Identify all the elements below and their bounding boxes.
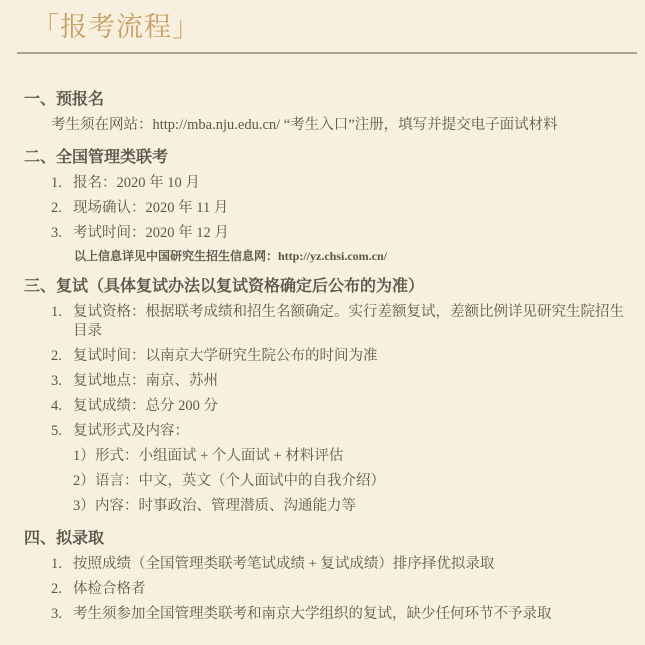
- section-number: 四、: [24, 528, 56, 550]
- item-text: 复试地点：南京、苏州: [73, 372, 218, 391]
- item-text: 考试时间：2020 年 12 月: [73, 224, 229, 243]
- item-text: 形式：小组面试 + 个人面试 + 材料评估: [95, 447, 343, 466]
- section-2: 二、全国管理类联考1.报名：2020 年 10 月2.现场确认：2020 年 1…: [24, 147, 637, 264]
- section-items: 考生须在网站：http://mba.nju.edu.cn/ “考生入口”注册，填…: [51, 116, 637, 135]
- section-heading: 三、复试（具体复试办法以复试资格确定后公布的为准）: [24, 276, 637, 298]
- section-title: 复试（具体复试办法以复试资格确定后公布的为准）: [56, 276, 424, 298]
- page-title: 「报考流程」: [32, 11, 645, 44]
- item-text: 考生须在网站：http://mba.nju.edu.cn/ “考生入口”注册，填…: [51, 116, 558, 135]
- section-number: 二、: [24, 147, 56, 169]
- item-text: 体检合格者: [73, 580, 146, 599]
- item-marker: 2.: [51, 580, 73, 599]
- section-heading: 四、拟录取: [24, 528, 637, 550]
- list-item: 1）形式：小组面试 + 个人面试 + 材料评估: [73, 447, 637, 466]
- list-item: 2.体检合格者: [51, 580, 637, 599]
- item-marker: 3.: [51, 372, 73, 391]
- item-marker: 1）: [73, 447, 95, 466]
- list-item: 3.考试时间：2020 年 12 月: [51, 224, 637, 243]
- item-text: 以上信息详见中国研究生招生信息网：http://yz.chsi.com.cn/: [74, 249, 387, 264]
- item-text: 复试形式及内容：: [73, 422, 189, 441]
- list-item: 3.考生须参加全国管理类联考和南京大学组织的复试，缺少任何环节不予录取: [51, 605, 637, 624]
- item-marker: 3）: [73, 497, 95, 516]
- section-1: 一、预报名考生须在网站：http://mba.nju.edu.cn/ “考生入口…: [24, 89, 637, 135]
- item-marker: 4.: [51, 397, 73, 416]
- list-item: 5.复试形式及内容：: [51, 422, 637, 441]
- section-heading: 二、全国管理类联考: [24, 147, 637, 169]
- item-text: 按照成绩（全国管理类联考笔试成绩 + 复试成绩）排序择优拟录取: [73, 555, 494, 574]
- list-item: 2.现场确认：2020 年 11 月: [51, 199, 637, 218]
- section-items: 1.报名：2020 年 10 月2.现场确认：2020 年 11 月3.考试时间…: [51, 174, 637, 264]
- item-marker: 1.: [51, 174, 73, 193]
- section-number: 三、: [24, 276, 56, 298]
- item-marker: 1.: [51, 303, 73, 341]
- section-items: 1.按照成绩（全国管理类联考笔试成绩 + 复试成绩）排序择优拟录取2.体检合格者…: [51, 555, 637, 624]
- item-marker: 2.: [51, 347, 73, 366]
- item-text: 复试时间：以南京大学研究生院公布的时间为准: [73, 347, 378, 366]
- item-text: 考生须参加全国管理类联考和南京大学组织的复试，缺少任何环节不予录取: [73, 605, 552, 624]
- item-marker: 1.: [51, 555, 73, 574]
- list-item: 3）内容：时事政治、管理潜质、沟通能力等: [73, 497, 637, 516]
- content: 一、预报名考生须在网站：http://mba.nju.edu.cn/ “考生入口…: [24, 89, 637, 624]
- item-text: 复试资格：根据联考成绩和招生名额确定。实行差额复试，差额比例详见研究生院招生目录: [73, 303, 637, 341]
- list-item: 3.复试地点：南京、苏州: [51, 372, 637, 391]
- item-text: 复试成绩：总分 200 分: [73, 397, 218, 416]
- title-divider: [17, 52, 637, 54]
- note-text: 以上信息详见中国研究生招生信息网：http://yz.chsi.com.cn/: [74, 249, 637, 264]
- item-text: 内容：时事政治、管理潜质、沟通能力等: [95, 497, 356, 516]
- item-marker: 3.: [51, 605, 73, 624]
- section-title: 拟录取: [56, 528, 104, 550]
- section-heading: 一、预报名: [24, 89, 637, 111]
- item-marker: 5.: [51, 422, 73, 441]
- item-text: 报名：2020 年 10 月: [73, 174, 200, 193]
- section-items: 1.复试资格：根据联考成绩和招生名额确定。实行差额复试，差额比例详见研究生院招生…: [51, 303, 637, 516]
- section-title: 全国管理类联考: [56, 147, 168, 169]
- list-item: 考生须在网站：http://mba.nju.edu.cn/ “考生入口”注册，填…: [51, 116, 637, 135]
- item-marker: 2.: [51, 199, 73, 218]
- item-text: 现场确认：2020 年 11 月: [73, 199, 228, 218]
- section-number: 一、: [24, 89, 56, 111]
- section-3: 三、复试（具体复试办法以复试资格确定后公布的为准）1.复试资格：根据联考成绩和招…: [24, 276, 637, 516]
- section-4: 四、拟录取1.按照成绩（全国管理类联考笔试成绩 + 复试成绩）排序择优拟录取2.…: [24, 528, 637, 624]
- list-item: 1.按照成绩（全国管理类联考笔试成绩 + 复试成绩）排序择优拟录取: [51, 555, 637, 574]
- list-item: 2）语言：中文，英文（个人面试中的自我介绍）: [73, 472, 637, 491]
- list-item: 1.复试资格：根据联考成绩和招生名额确定。实行差额复试，差额比例详见研究生院招生…: [51, 303, 637, 341]
- item-marker: 3.: [51, 224, 73, 243]
- item-marker: 2）: [73, 472, 95, 491]
- list-item: 1.报名：2020 年 10 月: [51, 174, 637, 193]
- list-item: 2.复试时间：以南京大学研究生院公布的时间为准: [51, 347, 637, 366]
- item-text: 语言：中文，英文（个人面试中的自我介绍）: [95, 472, 385, 491]
- section-title: 预报名: [56, 89, 104, 111]
- list-item: 4.复试成绩：总分 200 分: [51, 397, 637, 416]
